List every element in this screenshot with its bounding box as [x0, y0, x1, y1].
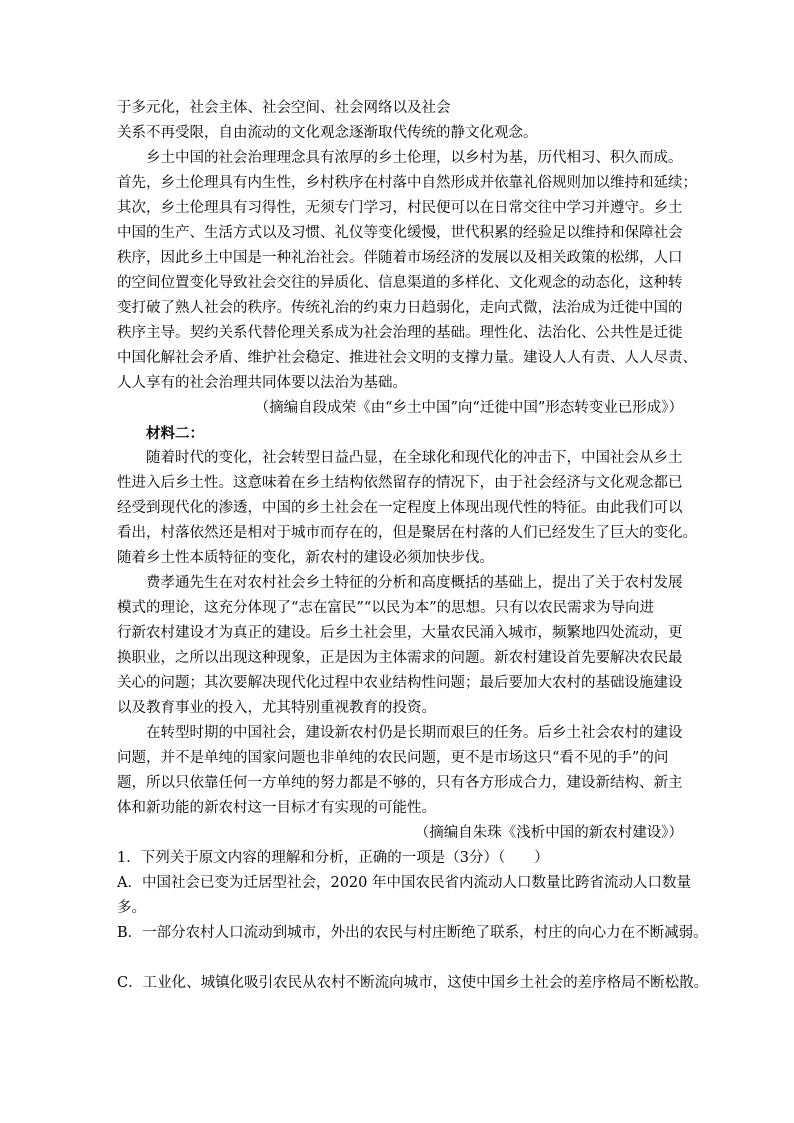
passage1-line: 乡土中国的社会治理理念具有浓厚的乡土伦理，以乡村为基，历代相习、积久而成。	[117, 146, 683, 171]
passage2-line: 关心的问题；其次要解决现代化过程中农业结构性问题；最后要加大农村的基础设施建设	[117, 671, 683, 696]
passage2-line: 换职业，之所以出现这种现象，正是因为主体需求的问题。新农村建设首先要解决农民最	[117, 646, 683, 671]
passage2-line: 以及教育事业的投入，尤其特别重视教育的投资。	[117, 696, 683, 721]
passage1-line: 中国化解社会矛盾、维护社会稳定、推进社会文明的支撑力量。建设人人有责、人人尽责、	[117, 346, 683, 371]
passage2-line: 体和新功能的新农村这一目标才有实现的可能性。	[117, 796, 683, 821]
document-page: 于多元化，社会主体、社会空间、社会网络以及社会关系不再受限，自由流动的文化观念逐…	[0, 0, 794, 1123]
passage2-line: 随着乡土性本质特征的变化，新农村的建设必须加快步伐。	[117, 546, 683, 571]
option-a-continued: 多。	[117, 896, 683, 921]
passage1-line: 首先，乡土伦理具有内生性，乡村秩序在村落中自然形成并依靠礼俗规则加以维持和延续；	[117, 171, 683, 196]
passage2-line: 性进入后乡土性。这意味着在乡土结构依然留存的情况下，由于社会经济与文化观念都已	[117, 471, 683, 496]
text-block: 于多元化，社会主体、社会空间、社会网络以及社会关系不再受限，自由流动的文化观念逐…	[117, 96, 683, 996]
passage2-line: 行新农村建设才为真正的建设。后乡土社会里，大量农民涌入城市，频繁地四处流动，更	[117, 621, 683, 646]
passage2-line: 费孝通先生在对农村社会乡土特征的分析和高度概括的基础上，提出了关于农村发展	[117, 571, 683, 596]
passage2-line: 看出，村落依然还是相对于城市而存在的，但是聚居在村落的人们已经发生了巨大的变化。	[117, 521, 683, 546]
passage1-line: 于多元化，社会主体、社会空间、社会网络以及社会	[117, 96, 683, 121]
material-2-heading: 材料二：	[117, 421, 683, 446]
passage2-line: 题，所以只依靠任何一方单纯的努力都是不够的，只有各方形成合力，建设新结构、新主	[117, 771, 683, 796]
passage1-line: 人人享有的社会治理共同体要以法治为基础。	[117, 371, 683, 396]
option-c-text: C．工业化、城镇化吸引农民从农村不断流向城市，这使中国乡土社会的差序格局不断松散…	[117, 971, 683, 996]
citation-source-1: （摘编自段成荣《由“乡土中国”向“迁徙中国”形态转变业已形成》）	[117, 396, 683, 421]
passage2-line: 问题，并不是单纯的国家问题也非单纯的农民问题，更不是市场这只“看不见的手”的问	[117, 746, 683, 771]
passage1-line: 变打破了熟人社会的秩序。传统礼治的约束力日趋弱化，走向式微，法治成为迁徙中国的	[117, 296, 683, 321]
question-1-stem: 1．下列关于原文内容的理解和分析，正确的一项是（3分）（ ）	[117, 846, 683, 871]
passage1-line: 中国的生产、生活方式以及习惯、礼仪等变化缓慢，世代积累的经验足以维持和保障社会	[117, 221, 683, 246]
blank-line	[117, 946, 683, 971]
passage2-line: 经受到现代化的渗透，中国的乡土社会在一定程度上体现出现代性的特征。由此我们可以	[117, 496, 683, 521]
passage1-line: 关系不再受限，自由流动的文化观念逐渐取代传统的静文化观念。	[117, 121, 683, 146]
citation-source-2: （摘编自朱珠《浅析中国的新农村建设》）	[117, 821, 683, 846]
passage1-line: 其次，乡土伦理具有习得性，无须专门学习，村民便可以在日常交往中学习并遵守。乡土	[117, 196, 683, 221]
passage2-line: 模式的理论，这充分体现了“志在富民”“以民为本”的思想。只有以农民需求为导向进	[117, 596, 683, 621]
passage1-line: 的空间位置变化导致社会交往的异质化、信息渠道的多样化、文化观念的动态化，这种转	[117, 271, 683, 296]
option-a-text: A．中国社会已变为迁居型社会，2020 年中国农民省内流动人口数量比跨省流动人口…	[117, 871, 683, 896]
passage1-line: 秩序，因此乡土中国是一种礼治社会。伴随着市场经济的发展以及相关政策的松绑，人口	[117, 246, 683, 271]
passage2-line: 随着时代的变化，社会转型日益凸显，在全球化和现代化的冲击下，中国社会从乡土	[117, 446, 683, 471]
passage2-line: 在转型时期的中国社会，建设新农村仍是长期而艰巨的任务。后乡土社会农村的建设	[117, 721, 683, 746]
option-b-text: B．一部分农村人口流动到城市，外出的农民与村庄断绝了联系，村庄的向心力在不断减弱…	[117, 921, 683, 946]
passage1-line: 秩序主导。契约关系代替伦理关系成为社会治理的基础。理性化、法治化、公共性是迁徙	[117, 321, 683, 346]
